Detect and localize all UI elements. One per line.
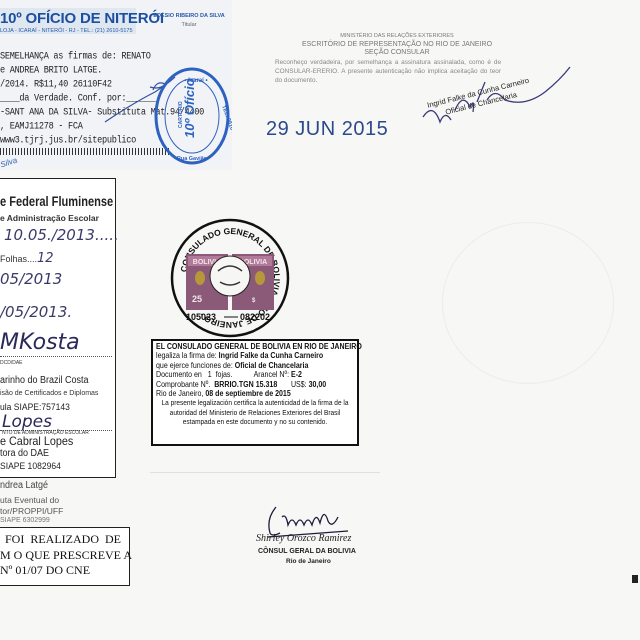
bol-date: Rio de Janeiro, 08 de septiembre de 2015 — [156, 389, 318, 398]
consular-header: MINISTÉRIO DAS RELAÇÕES EXTERIORES ESCRI… — [282, 32, 512, 58]
uff-person2-role: tora do DAE — [0, 448, 49, 459]
notary-barcode — [0, 148, 170, 155]
uff-person1-role: isão de Certificados e Diplomas — [0, 390, 98, 397]
uff-signature-1: MKosta — [0, 330, 80, 355]
latge-role-2: tor/PROPPI/UFF — [0, 506, 63, 516]
notary-seal: • Icaraí • CARTÓRIO 10º Ofício TEL: 2610… — [152, 66, 232, 166]
consul-name: Shirley Orozco Ramirez — [256, 533, 351, 544]
uff-folhas-value: 12 — [37, 251, 54, 266]
notary-line: , EAMJ11278 - FCA — [0, 120, 83, 132]
uff-sig1-caption: DCD/DAE — [0, 360, 23, 366]
notary-office-title: 10º OFÍCIO DE NITERÓI — [0, 10, 164, 27]
latge-name: ndrea Latgé — [0, 480, 48, 491]
notary-line: e ANDREA BRITO LATGE. — [0, 64, 102, 76]
notary-line: www3.tjrj.jus.br/sitepublico — [0, 134, 136, 146]
consul-city: Rio de Janeiro — [286, 558, 331, 565]
uff-date-1: 10.05./2013..... — [4, 226, 119, 244]
svg-text:105023: 105023 — [186, 312, 216, 322]
uff-title: e Federal Fluminense — [0, 194, 113, 209]
uff-date-3: /05/2013. — [0, 303, 72, 321]
signature-line — [0, 356, 112, 357]
uff-person2-siape: SIAPE 1082964 — [0, 461, 61, 472]
cne-notice-text: FOI REALIZADO DE M O QUE PRESCREVE A Nº … — [0, 532, 132, 579]
svg-text:10º Ofício: 10º Ofício — [182, 78, 197, 138]
cne-line: Nº 01/07 DO CNE — [0, 563, 132, 579]
bolivia-consulate-seal: CONSULADO GENERAL DE BOLIVIA - RIO DE JA… — [166, 216, 294, 340]
notary-address: LOJA - ICARAÍ - NITERÓI - RJ - TEL.: (21… — [0, 28, 133, 34]
uff-folhas-label: Folhas.... — [0, 254, 37, 264]
notary-titular-role: Titular — [146, 21, 232, 30]
svg-text:082202: 082202 — [240, 312, 270, 322]
faint-embossed-seal — [442, 222, 614, 384]
svg-text:Rua Gavião: Rua Gavião — [177, 156, 208, 162]
svg-text:25: 25 — [192, 294, 202, 304]
edge-mark — [632, 575, 638, 583]
uff-subtitle: e Administração Escolar — [0, 213, 99, 223]
consul-title: CÔNSUL GERAL DA BOLIVIA — [258, 548, 356, 555]
cne-line: M O QUE PRESCREVE A — [0, 548, 132, 564]
uff-signature-2: Lopes — [2, 412, 52, 432]
notary-titular: EDÉSIO RIBEIRO DA SILVA Titular — [146, 12, 232, 30]
bol-footer: La presente legalización certifica la au… — [155, 398, 355, 427]
consular-office: ESCRITÓRIO DE REPRESENTAÇÃO NO RIO DE JA… — [282, 41, 512, 50]
cne-line: FOI REALIZADO DE — [0, 532, 132, 548]
consular-ministry: MINISTÉRIO DAS RELAÇÕES EXTERIORES — [282, 32, 512, 41]
latge-role-1: uta Eventual do — [0, 495, 59, 505]
notary-titular-name: EDÉSIO RIBEIRO DA SILVA — [146, 12, 232, 21]
latge-siape: SIAPE 6302999 — [0, 517, 50, 524]
uff-folhas: Folhas....12 — [0, 251, 54, 266]
uff-date-2: 05/2013 — [0, 270, 62, 288]
uff-person2-name: e Cabral Lopes — [0, 434, 73, 448]
consular-section: SEÇÃO CONSULAR — [282, 49, 512, 58]
bolivia-legalization-box: EL CONSULADO GENERAL DE BOLIVIA EN RIO D… — [151, 339, 359, 446]
page-fold-line — [150, 472, 380, 473]
uff-person1-name: arinho do Brazil Costa — [0, 375, 89, 386]
date-stamp: 29 JUN 2015 — [266, 118, 388, 141]
notary-line: SEMELHANÇA as firmas de: RENATO — [0, 50, 151, 62]
